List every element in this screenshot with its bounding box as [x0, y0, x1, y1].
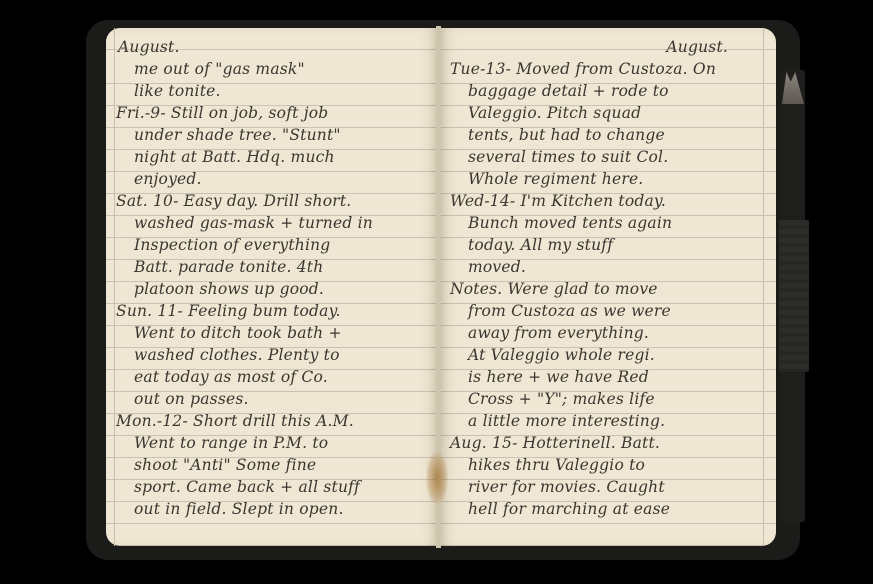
diary-line: Aug. 15- Hotterinell. Batt.	[440, 432, 776, 454]
diary-line: like tonite.	[106, 80, 438, 102]
diary-line: moved.	[440, 256, 776, 278]
diary-line: Whole regiment here.	[440, 168, 776, 190]
diary-line: a little more interesting.	[440, 410, 776, 432]
diary-line: Tue-13- Moved from Custoza. On	[440, 58, 776, 80]
diary-line: Notes. Were glad to move	[440, 278, 776, 300]
diary-line: several times to suit Col.	[440, 146, 776, 168]
right-page-lines: Tue-13- Moved from Custoza. Onbaggage de…	[440, 58, 776, 520]
diary-line: Went to ditch took bath +	[106, 322, 438, 344]
diary-line: Sun. 11- Feeling bum today.	[106, 300, 438, 322]
right-page: August. Tue-13- Moved from Custoza. Onba…	[440, 28, 776, 546]
diary-line: today. All my stuff	[440, 234, 776, 256]
left-page: August. me out of "gas mask"like tonite.…	[106, 28, 438, 546]
diary-line: hell for marching at ease	[440, 498, 776, 520]
diary-line: shoot "Anti" Some fine	[106, 454, 438, 476]
diary-line: under shade tree. "Stunt"	[106, 124, 438, 146]
right-page-header: August.	[440, 36, 776, 58]
diary-line: eat today as most of Co.	[106, 366, 438, 388]
diary-line: from Custoza as we were	[440, 300, 776, 322]
right-page-text: August. Tue-13- Moved from Custoza. Onba…	[440, 36, 776, 520]
diary-line: Sat. 10- Easy day. Drill short.	[106, 190, 438, 212]
diary-line: Went to range in P.M. to	[106, 432, 438, 454]
diary-line: Fri.-9- Still on job, soft job	[106, 102, 438, 124]
diary-line: out in field. Slept in open.	[106, 498, 438, 520]
diary-line: baggage detail + rode to	[440, 80, 776, 102]
diary-line: washed gas-mask + turned in	[106, 212, 438, 234]
diary-line: away from everything.	[440, 322, 776, 344]
diary-line: Valeggio. Pitch squad	[440, 102, 776, 124]
diary-line: sport. Came back + all stuff	[106, 476, 438, 498]
pencil-holder-band	[779, 220, 809, 372]
diary-line: platoon shows up good.	[106, 278, 438, 300]
water-stain	[426, 452, 448, 504]
diary-line: out on passes.	[106, 388, 438, 410]
diary-line: Wed-14- I'm Kitchen today.	[440, 190, 776, 212]
diary-line: At Valeggio whole regi.	[440, 344, 776, 366]
diary-line: hikes thru Valeggio to	[440, 454, 776, 476]
diary-line: enjoyed.	[106, 168, 438, 190]
diary-line: me out of "gas mask"	[106, 58, 438, 80]
diary-line: river for movies. Caught	[440, 476, 776, 498]
left-page-lines: me out of "gas mask"like tonite.Fri.-9- …	[106, 58, 438, 520]
diary-line: Mon.-12- Short drill this A.M.	[106, 410, 438, 432]
diary-line: Batt. parade tonite. 4th	[106, 256, 438, 278]
left-page-text: August. me out of "gas mask"like tonite.…	[106, 36, 438, 520]
left-page-header: August.	[106, 36, 438, 58]
diary-line: washed clothes. Plenty to	[106, 344, 438, 366]
diary-line: Inspection of everything	[106, 234, 438, 256]
diary-line: night at Batt. Hdq. much	[106, 146, 438, 168]
diary-line: Bunch moved tents again	[440, 212, 776, 234]
diary-line: is here + we have Red	[440, 366, 776, 388]
diary-line: tents, but had to change	[440, 124, 776, 146]
diary-line: Cross + "Y"; makes life	[440, 388, 776, 410]
